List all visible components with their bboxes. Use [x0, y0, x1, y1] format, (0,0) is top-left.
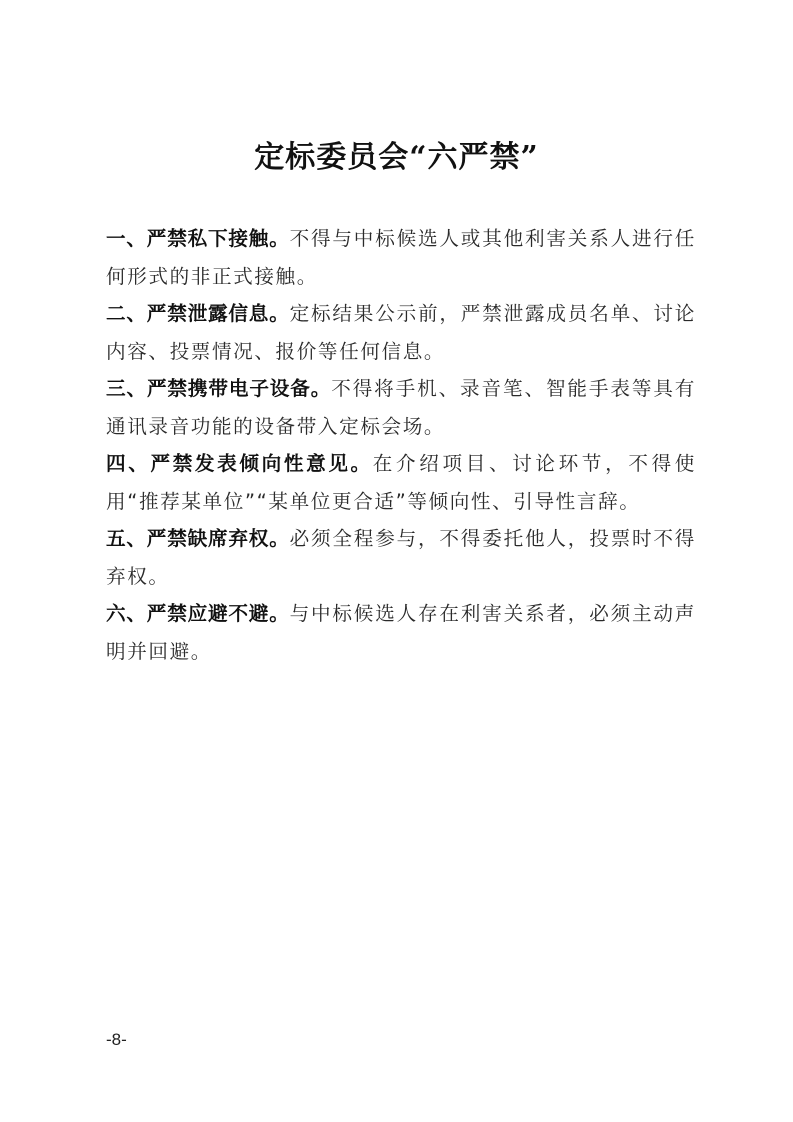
- rule-item-4: 四、严禁发表倾向性意见。在介绍项目、讨论环节，不得使用“推荐某单位”“某单位更合…: [106, 445, 696, 520]
- rule-item-3: 三、严禁携带电子设备。不得将手机、录音笔、智能手表等具有通讯录音功能的设备带入定…: [106, 370, 696, 445]
- page-title: 定标委员会“六严禁”: [0, 138, 793, 178]
- page-number: -8-: [106, 1030, 127, 1050]
- document-page: 定标委员会“六严禁” 一、严禁私下接触。不得与中标候选人或其他利害关系人进行任何…: [0, 0, 793, 1122]
- rule-item-6: 六、严禁应避不避。与中标候选人存在利害关系者，必须主动声明并回避。: [106, 595, 696, 670]
- rule-heading: 四、严禁发表倾向性意见。: [106, 452, 373, 475]
- rules-list: 一、严禁私下接触。不得与中标候选人或其他利害关系人进行任何形式的非正式接触。 二…: [106, 220, 696, 670]
- rule-heading: 二、严禁泄露信息。: [106, 302, 290, 325]
- rule-heading: 一、严禁私下接触。: [106, 227, 290, 250]
- rule-heading: 五、严禁缺席弃权。: [106, 527, 290, 550]
- rule-heading: 六、严禁应避不避。: [106, 602, 290, 625]
- rule-item-2: 二、严禁泄露信息。定标结果公示前，严禁泄露成员名单、讨论内容、投票情况、报价等任…: [106, 295, 696, 370]
- rule-item-1: 一、严禁私下接触。不得与中标候选人或其他利害关系人进行任何形式的非正式接触。: [106, 220, 696, 295]
- rule-item-5: 五、严禁缺席弃权。必须全程参与，不得委托他人，投票时不得弃权。: [106, 520, 696, 595]
- rule-heading: 三、严禁携带电子设备。: [106, 377, 331, 400]
